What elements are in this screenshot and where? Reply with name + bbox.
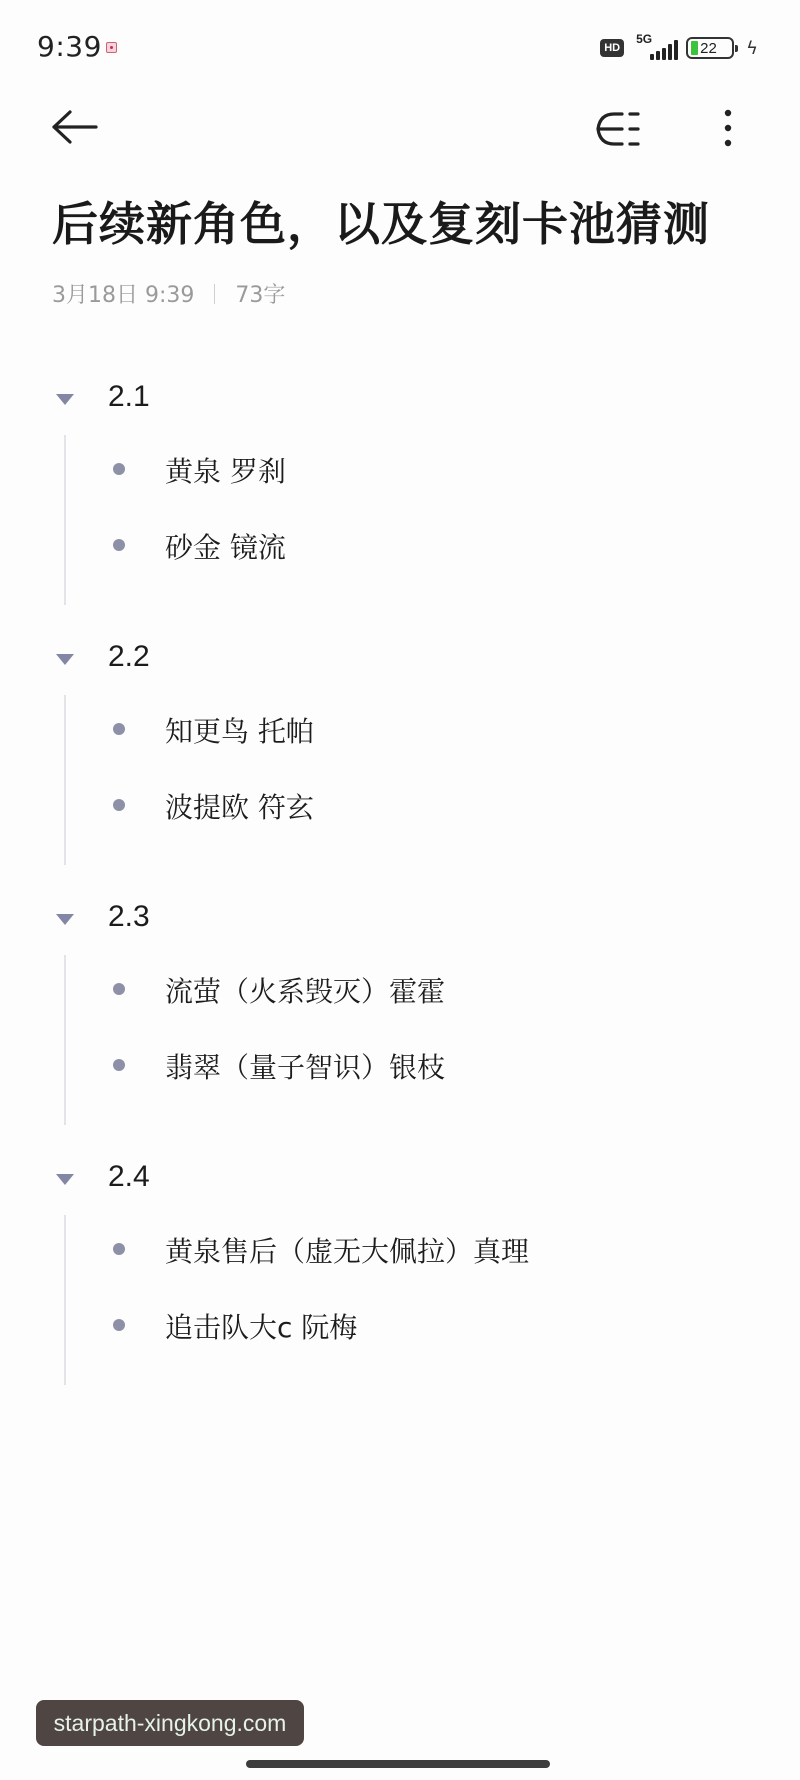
note-date: 3月18日 9:39	[52, 278, 194, 309]
bullet-icon	[113, 463, 125, 475]
battery-level: 22	[700, 40, 717, 57]
caret-down-icon[interactable]	[56, 654, 74, 665]
caret-down-icon[interactable]	[56, 914, 74, 925]
section-heading[interactable]: 2.2	[0, 640, 800, 680]
bullet-icon	[113, 1319, 125, 1331]
section-label: 2.4	[108, 1160, 150, 1194]
outline-section: 2.4 黄泉售后（虚无大佩拉）真理 追击队大c 阮梅	[0, 1140, 800, 1400]
note-title[interactable]: 后续新角色，以及复刻卡池猜测	[52, 188, 710, 254]
bullet-icon	[113, 1059, 125, 1071]
section-label: 2.2	[108, 640, 150, 674]
outline-section: 2.3 流萤（火系毁灭）霍霍 翡翠（量子智识）银枝	[0, 880, 800, 1140]
bullet-icon	[113, 799, 125, 811]
home-indicator[interactable]	[246, 1760, 550, 1768]
caret-down-icon[interactable]	[56, 394, 74, 405]
list-item[interactable]: 追击队大c 阮梅	[0, 1304, 800, 1344]
section-label: 2.3	[108, 900, 150, 934]
list-item-text: 波提欧 符玄	[165, 786, 314, 826]
list-item-text: 流萤（火系毁灭）霍霍	[165, 970, 445, 1010]
outline-section: 2.1 黄泉 罗刹 砂金 镜流	[0, 360, 800, 620]
meta-divider	[214, 284, 215, 304]
list-item[interactable]: 波提欧 符玄	[0, 784, 800, 824]
outline-button[interactable]	[592, 107, 652, 151]
more-vertical-icon	[710, 107, 746, 151]
list-item-text: 翡翠（量子智识）银枝	[165, 1046, 445, 1086]
notification-icon	[106, 42, 117, 53]
toolbar	[0, 95, 800, 165]
more-button[interactable]	[710, 107, 746, 151]
status-time: 9:39	[37, 30, 102, 63]
section-heading[interactable]: 2.1	[0, 380, 800, 420]
list-item[interactable]: 砂金 镜流	[0, 524, 800, 564]
outline-collapse-icon	[592, 107, 652, 151]
status-icons: HD 5G 22 ϟ	[600, 36, 758, 60]
list-item-text: 追击队大c 阮梅	[165, 1306, 357, 1346]
status-bar: 9:39 HD 5G 22 ϟ	[0, 0, 800, 90]
hd-icon: HD	[600, 39, 624, 57]
word-count: 73字	[235, 278, 285, 309]
list-item-text: 砂金 镜流	[165, 526, 286, 566]
list-item-text: 黄泉 罗刹	[165, 450, 286, 490]
watermark: starpath-xingkong.com	[36, 1700, 304, 1746]
charging-icon: ϟ	[746, 38, 758, 59]
arrow-left-icon	[50, 107, 102, 147]
list-item-text: 黄泉售后（虚无大佩拉）真理	[165, 1230, 529, 1270]
caret-down-icon[interactable]	[56, 1174, 74, 1185]
outline-section: 2.2 知更鸟 托帕 波提欧 符玄	[0, 620, 800, 880]
note-meta: 3月18日 9:39 73字	[52, 278, 285, 309]
signal-icon: 5G	[632, 36, 678, 60]
back-button[interactable]	[50, 107, 102, 147]
list-item[interactable]: 黄泉售后（虚无大佩拉）真理	[0, 1228, 800, 1268]
note-outline: 2.1 黄泉 罗刹 砂金 镜流 2.2 知更鸟 托帕 波提欧 符玄 2.3	[0, 360, 800, 1400]
bullet-icon	[113, 723, 125, 735]
list-item[interactable]: 流萤（火系毁灭）霍霍	[0, 968, 800, 1008]
section-heading[interactable]: 2.3	[0, 900, 800, 940]
section-label: 2.1	[108, 380, 150, 414]
bullet-icon	[113, 983, 125, 995]
list-item[interactable]: 翡翠（量子智识）银枝	[0, 1044, 800, 1084]
list-item-text: 知更鸟 托帕	[165, 710, 314, 750]
battery-icon: 22	[686, 37, 734, 59]
list-item[interactable]: 黄泉 罗刹	[0, 448, 800, 488]
bullet-icon	[113, 1243, 125, 1255]
list-item[interactable]: 知更鸟 托帕	[0, 708, 800, 748]
bullet-icon	[113, 539, 125, 551]
section-heading[interactable]: 2.4	[0, 1160, 800, 1200]
